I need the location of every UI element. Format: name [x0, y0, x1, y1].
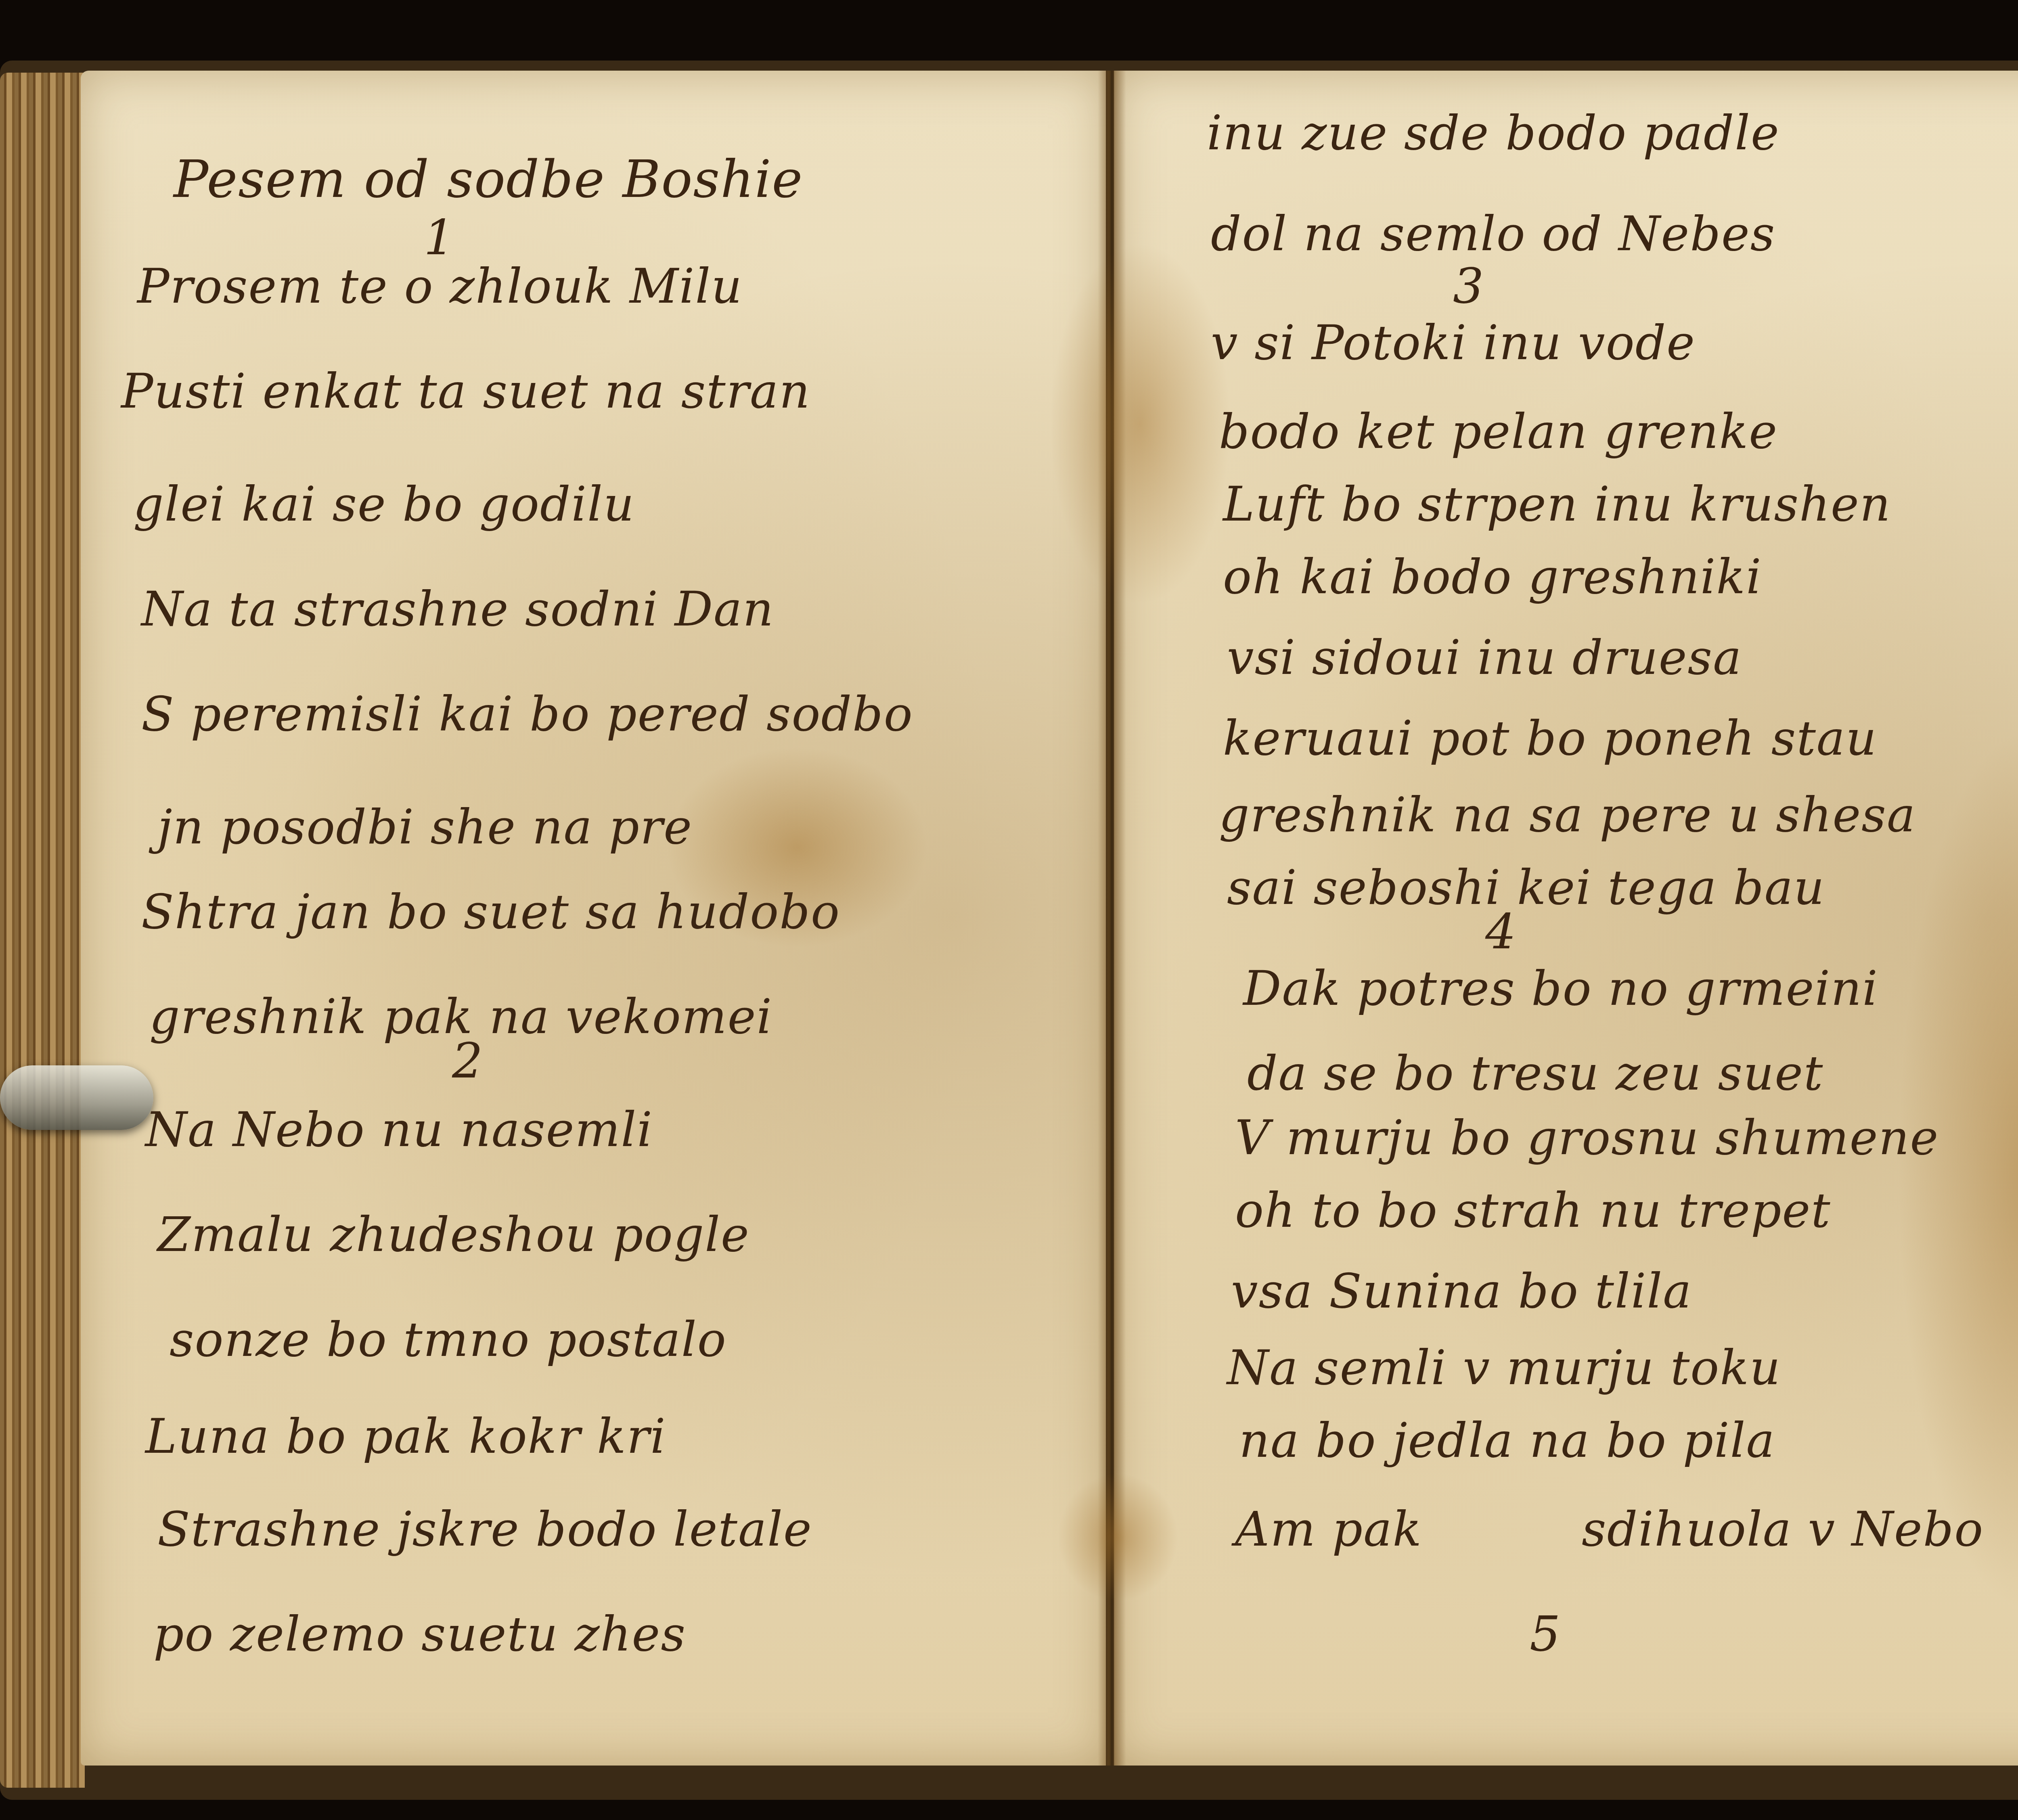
- page-holder-rod-left: [0, 1065, 153, 1130]
- verse-line: S peremisli kai bo pered sodbo: [141, 686, 913, 742]
- stanza-number: 1: [424, 210, 454, 266]
- song-title: Pesem od sodbe Boshie: [174, 149, 803, 209]
- stain-gutter-top: [1049, 242, 1231, 605]
- stanza-number: 5: [1530, 1606, 1560, 1662]
- stanza-number: 3: [1453, 258, 1484, 314]
- verse-line: Luft bo strpen inu krushen: [1223, 476, 1891, 532]
- verse-line: Na ta strashne sodni Dan: [141, 581, 774, 637]
- verse-line: na bo jedla na bo pila: [1239, 1412, 1775, 1468]
- verse-line: Na semli v murju toku: [1227, 1340, 1781, 1395]
- verse-line: Strashne jskre bodo letale: [157, 1501, 812, 1557]
- verse-line: glei kai se bo godilu: [133, 476, 635, 532]
- verse-line: v si Potoki inu vode: [1211, 315, 1696, 370]
- verse-line: Luna bo pak kokr kri: [145, 1408, 666, 1464]
- verse-line: po zelemo suetu zhes: [153, 1606, 686, 1662]
- verse-line: Na Nebo nu nasemli: [145, 1102, 653, 1157]
- verse-line: dol na semlo od Nebes: [1211, 206, 1775, 261]
- stain-gutter-bottom: [1057, 1473, 1179, 1602]
- verse-line: da se bo tresu zeu suet: [1247, 1045, 1823, 1101]
- manuscript-photo: Pesem od sodbe Boshie 1 Prosem te o zhlo…: [0, 0, 2018, 1820]
- verse-line: Prosem te o zhlouk Milu: [137, 258, 743, 314]
- verse-line: vsa Sunina bo tlila: [1231, 1263, 1692, 1319]
- verse-line: keruaui pot bo poneh stau: [1223, 710, 1877, 766]
- verse-line: bodo ket pelan grenke: [1219, 404, 1778, 459]
- verse-line: greshnik na sa pere u shesa: [1219, 787, 1916, 843]
- stanza-number: 4: [1485, 904, 1516, 960]
- verse-line: Am pak sdihuola v Nebo: [1235, 1501, 1984, 1557]
- verse-line: Dak potres bo no grmeini: [1243, 960, 1878, 1016]
- stanza-number: 2: [452, 1033, 483, 1089]
- verse-line: Zmalu zhudeshou pogle: [157, 1207, 750, 1262]
- verse-line: vsi sidoui inu druesa: [1227, 630, 1742, 685]
- verse-line: sai seboshi kei tega bau: [1227, 860, 1825, 915]
- left-page-edges: [0, 73, 85, 1788]
- verse-line: V murju bo grosnu shumene: [1235, 1110, 1939, 1165]
- verse-line: inu zue sde bodo padle: [1207, 105, 1780, 161]
- verse-line: jn posodbi she na pre: [157, 799, 693, 855]
- verse-line: Shtra jan bo suet sa hudobo: [141, 884, 840, 939]
- verse-line: sonze bo tmno postalo: [170, 1312, 727, 1367]
- verse-line: oh to bo strah nu trepet: [1235, 1182, 1831, 1238]
- verse-line: oh kai bodo greshniki: [1223, 549, 1762, 605]
- verse-line: Pusti enkat ta suet na stran: [121, 363, 810, 419]
